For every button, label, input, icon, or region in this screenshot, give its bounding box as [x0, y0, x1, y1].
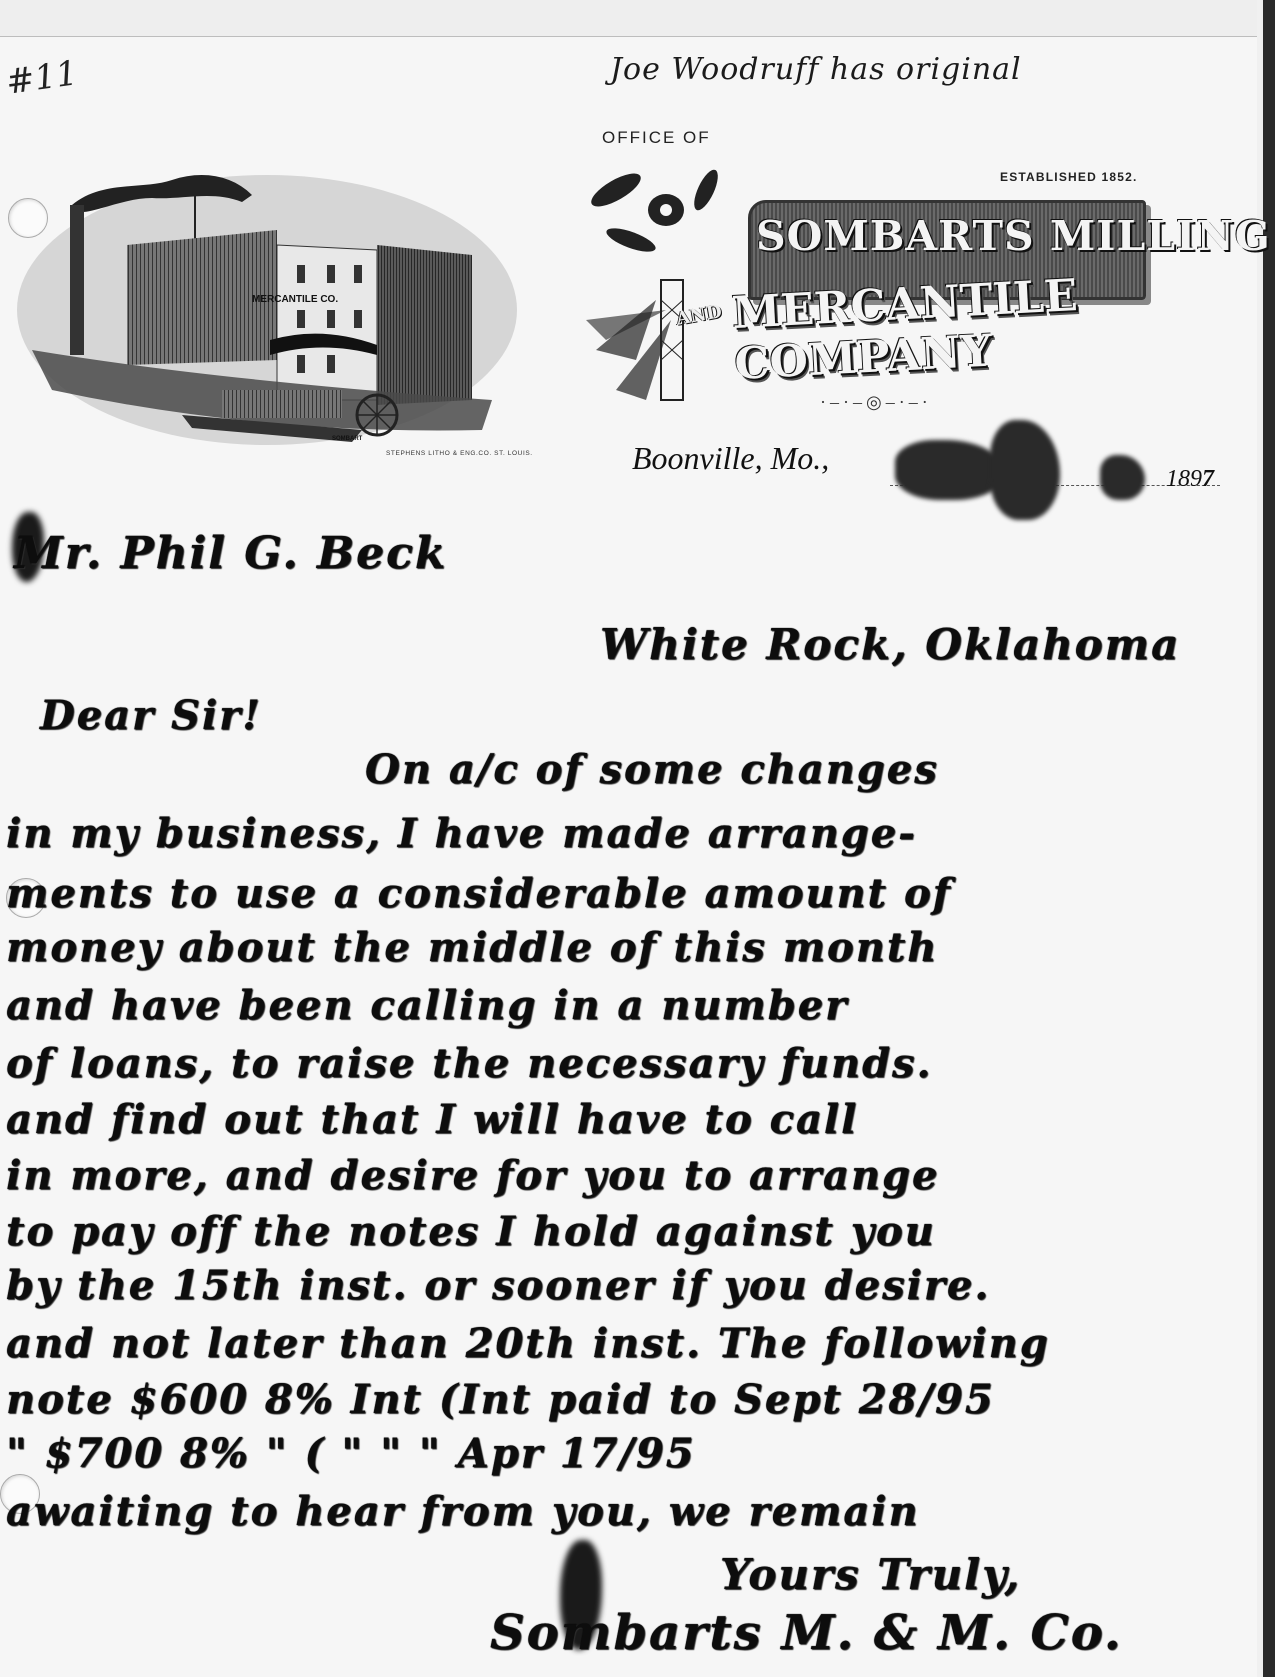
- closing: Yours Truly,: [720, 1550, 1021, 1599]
- year-handwritten: 7: [1202, 466, 1214, 492]
- notes-line-600: note $600 8% Int (Int paid to Sept 28/95: [6, 1376, 995, 1423]
- letter-place: Boonville, Mo.,: [632, 440, 829, 477]
- body-line: in my business, I have made arrange-: [6, 810, 917, 857]
- body-line: ments to use a considerable amount of: [6, 870, 952, 917]
- body-line: and have been calling in a number: [6, 982, 848, 1029]
- mill-building-icon: MERCANTILE CO. SOMBART: [12, 150, 522, 450]
- body-line: and find out that I will have to call: [6, 1096, 858, 1143]
- body-line: and not later than 20th inst. The follow…: [6, 1320, 1050, 1367]
- svg-text:MERCANTILE CO.: MERCANTILE CO.: [252, 294, 338, 305]
- salutation: Dear Sir!: [40, 692, 262, 739]
- body-line: money about the middle of this month: [6, 924, 938, 971]
- year-printed: 189: [1166, 466, 1202, 492]
- archival-annotation: Joe Woodruff has original: [610, 52, 1022, 87]
- body-line: to pay off the notes I hold against you: [6, 1208, 936, 1255]
- notes-line-700: " $700 8% " ( " " " Apr 17/95: [6, 1430, 696, 1477]
- signature: Sombarts M. & M. Co.: [490, 1605, 1123, 1661]
- body-line: in more, and desire for you to arrange: [6, 1152, 939, 1199]
- date-ink-blot: [1100, 455, 1145, 500]
- floral-ornament-icon: [576, 150, 756, 410]
- body-line: awaiting to hear from you, we remain: [6, 1488, 920, 1535]
- body-line: On a/c of some changes: [365, 746, 939, 793]
- printer-credit: STEPHENS LITHO & ENG.CO. ST. LOUIS.: [386, 450, 533, 457]
- factory-engraving-illustration: MERCANTILE CO. SOMBART: [12, 150, 522, 450]
- scroll-ornament-icon: ·‒·‒◎‒·‒·: [820, 392, 932, 413]
- body-line: by the 15th inst. or sooner if you desir…: [6, 1262, 990, 1309]
- body-line: of loans, to raise the necessary funds.: [6, 1040, 932, 1087]
- recipient-address: White Rock, Oklahoma: [600, 620, 1180, 669]
- established-label: ESTABLISHED 1852.: [1000, 170, 1138, 184]
- recipient-name: Mr. Phil G. Beck: [14, 528, 447, 579]
- office-of-label: OFFICE OF: [602, 128, 711, 148]
- letter-year: 1897: [1166, 466, 1214, 493]
- svg-text:SOMBART: SOMBART: [332, 436, 363, 442]
- company-name-line1: SOMBARTS MILLING: [756, 212, 1271, 260]
